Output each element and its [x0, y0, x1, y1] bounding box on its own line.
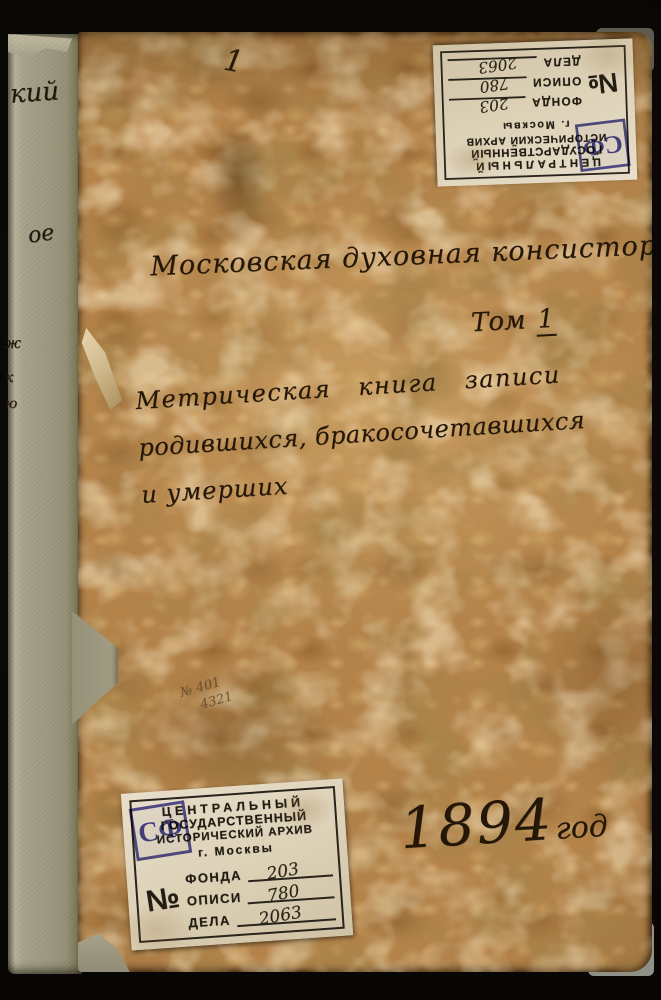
label-number-block: № ФОНДА 203 ОПИСИ 780 ДЕЛА 2063 — [142, 855, 336, 933]
spine-writing-fragment: к — [5, 370, 13, 386]
row-label: ОПИСИ — [531, 74, 581, 89]
label-number-block: № ФОНДА 203 ОПИСИ 780 ДЕЛА 2063 — [448, 53, 621, 117]
spine-writing-fragment: ю — [5, 396, 17, 412]
row-label: ФОНДА — [531, 94, 583, 109]
sf-stamp-text: СФ — [581, 129, 624, 162]
number-sign: № — [586, 66, 620, 100]
row-label: ДЕЛА — [188, 913, 231, 931]
delo-number: 2063 — [477, 53, 518, 76]
label-rows: ФОНДА 203 ОПИСИ 780 ДЕЛА 2063 — [448, 55, 583, 118]
row-line: 2063 — [448, 56, 538, 80]
spine-frayed-top — [8, 34, 72, 60]
sf-ink-stamp: СФ — [575, 119, 631, 172]
handwritten-volume: Том1 — [470, 304, 557, 338]
volume-number: 1 — [535, 304, 557, 337]
row-label: ДЕЛА — [542, 55, 581, 70]
sf-stamp-text: СФ — [136, 811, 185, 850]
spine-writing-fragment: кий — [9, 76, 60, 109]
book-cover-photo: кий ое ж к ю — [8, 28, 654, 976]
spine-writing-fragment: ое — [26, 220, 55, 248]
marbled-cover: 1 Московская духовная консистория Том1 М… — [78, 32, 652, 972]
year-number: 1894 — [398, 787, 555, 862]
handwritten-year: 1894год — [398, 784, 609, 863]
number-sign: № — [144, 880, 182, 919]
archive-label-bottom: ЦЕНТРАЛЬНЫЙ ГОСУДАРСТВЕННЫЙ ИСТОРИЧЕСКИЙ… — [121, 778, 353, 950]
delo-number: 2063 — [257, 903, 303, 930]
year-word: год — [554, 809, 608, 847]
spine-writing-fragment: ж — [4, 334, 21, 352]
label-rows: ФОНДА 203 ОПИСИ 780 ДЕЛА 2063 — [184, 855, 336, 930]
handwritten-subtitle: Метрическая книга записи родившихся, бра… — [134, 350, 589, 519]
archive-label-top: ЦЕНТРАЛЬНЫЙ ГОСУДАРСТВЕННЫЙ ИСТОРИЧЕСКИЙ… — [433, 38, 638, 186]
book-spine: кий ое ж к ю — [8, 34, 82, 974]
sf-ink-stamp: СФ — [129, 800, 193, 861]
row-line: 203 — [449, 96, 526, 119]
row-line: 780 — [448, 76, 527, 99]
volume-word: Том — [470, 305, 526, 338]
